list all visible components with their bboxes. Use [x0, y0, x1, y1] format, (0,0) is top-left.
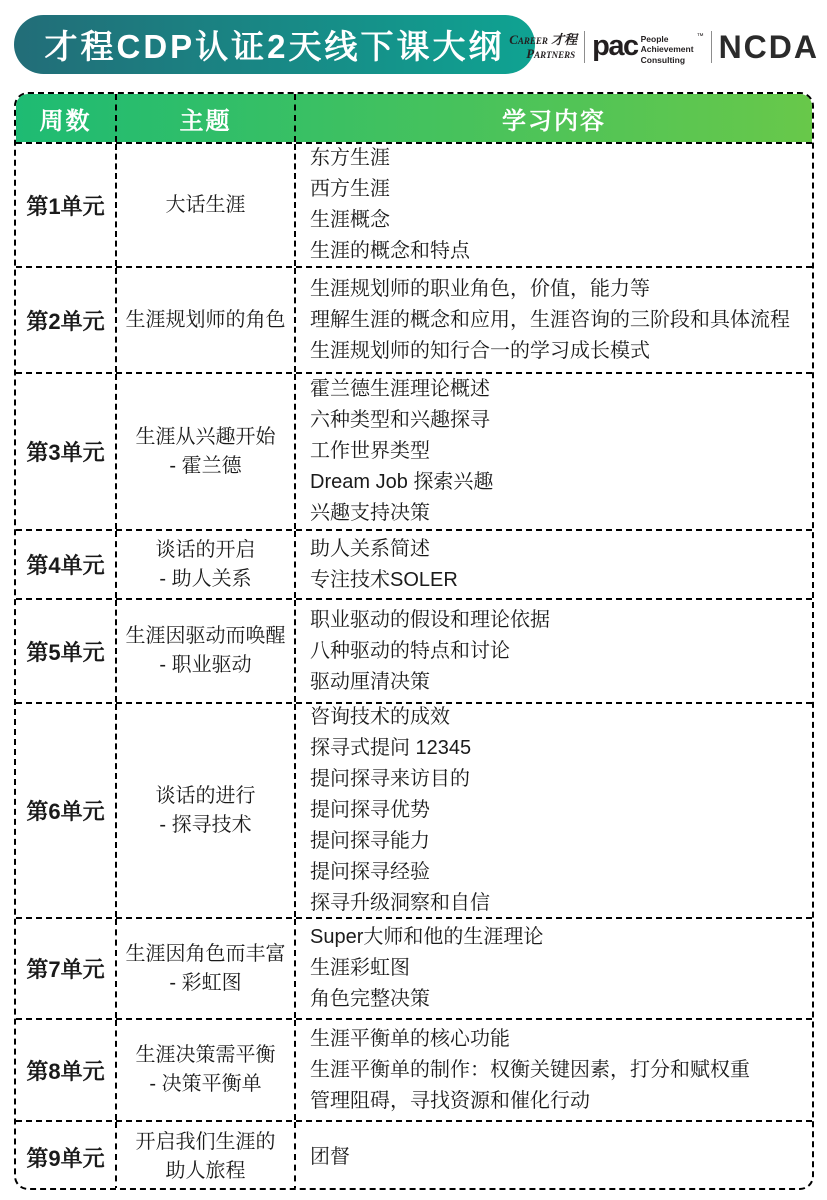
content-cell: 生涯规划师的职业角色，价值，能力等理解生涯的概念和应用，生涯咨询的三阶段和具体流… — [294, 268, 812, 372]
content-line: Dream Job 探索兴趣 — [310, 467, 806, 498]
content-line: 生涯规划师的知行合一的学习成长模式 — [310, 336, 806, 367]
topic-line: - 决策平衡单 — [149, 1070, 261, 1099]
content-line: 八种驱动的特点和讨论 — [310, 636, 806, 667]
course-table: 周数 主题 学习内容 第1单元大话生涯东方生涯西方生涯生涯概念生涯的概念和特点第… — [14, 92, 814, 1190]
topic-cell: 生涯因驱动而唤醒- 职业驱动 — [115, 600, 294, 702]
topic-line: - 助人关系 — [159, 565, 251, 594]
content-line: 提问探寻优势 — [310, 795, 806, 826]
content-line: Super大师和他的生涯理论 — [310, 922, 806, 953]
topic-line: 生涯决策需平衡 — [136, 1041, 276, 1070]
column-header-topic: 主题 — [115, 94, 294, 142]
career-partners-logo: Career 才程 Partners — [509, 33, 577, 62]
topic-cell: 谈话的进行- 探寻技术 — [115, 704, 294, 917]
content-cell: 团督 — [294, 1122, 812, 1190]
trademark-symbol: ™ — [697, 31, 704, 40]
content-line: 团督 — [310, 1142, 806, 1173]
content-line: 生涯概念 — [310, 205, 806, 236]
week-cell: 第5单元 — [16, 600, 115, 702]
topic-line: - 职业驱动 — [159, 651, 251, 680]
table-row: 第2单元生涯规划师的角色生涯规划师的职业角色，价值，能力等理解生涯的概念和应用，… — [16, 266, 812, 372]
content-cell: 东方生涯西方生涯生涯概念生涯的概念和特点 — [294, 144, 812, 266]
content-cell: 霍兰德生涯理论概述六种类型和兴趣探寻工作世界类型Dream Job 探索兴趣兴趣… — [294, 374, 812, 529]
week-cell: 第1单元 — [16, 144, 115, 266]
table-row: 第1单元大话生涯东方生涯西方生涯生涯概念生涯的概念和特点 — [16, 142, 812, 266]
content-cell: 生涯平衡单的核心功能生涯平衡单的制作：权衡关键因素，打分和赋权重管理阻碍，寻找资… — [294, 1020, 812, 1120]
topic-cell: 生涯从兴趣开始- 霍兰德 — [115, 374, 294, 529]
content-line: 六种类型和兴趣探寻 — [310, 405, 806, 436]
content-line: 生涯彩虹图 — [310, 953, 806, 984]
column-header-week: 周数 — [16, 94, 115, 142]
topic-line: 生涯因角色而丰富 — [126, 940, 286, 969]
table-row: 第4单元谈话的开启- 助人关系助人关系简述专注技术SOLER — [16, 529, 812, 598]
content-line: 专注技术SOLER — [310, 565, 806, 596]
pac-wordmark: pac — [592, 31, 637, 61]
content-line: 角色完整决策 — [310, 984, 806, 1015]
content-line: 生涯的概念和特点 — [310, 236, 806, 267]
week-cell: 第3单元 — [16, 374, 115, 529]
page-title-text: 才程CDP认证2天线下课大纲 — [44, 21, 504, 68]
week-cell: 第7单元 — [16, 919, 115, 1018]
logo-divider — [711, 31, 712, 63]
content-line: 提问探寻能力 — [310, 826, 806, 857]
content-line: 探寻式提问 12345 — [310, 733, 806, 764]
career-partners-line2: Partners — [509, 47, 577, 61]
topic-line: 谈话的进行 — [156, 782, 256, 811]
topic-line: 生涯规划师的角色 — [126, 306, 286, 335]
topic-cell: 开启我们生涯的助人旅程 — [115, 1122, 294, 1190]
content-line: 西方生涯 — [310, 174, 806, 205]
content-line: 兴趣支持决策 — [310, 498, 806, 529]
topic-cell: 生涯规划师的角色 — [115, 268, 294, 372]
content-line: 管理阻碍，寻找资源和催化行动 — [310, 1086, 806, 1117]
topic-cell: 谈话的开启- 助人关系 — [115, 531, 294, 598]
content-cell: 助人关系简述专注技术SOLER — [294, 531, 812, 598]
content-line: 工作世界类型 — [310, 436, 806, 467]
content-cell: 咨询技术的成效探寻式提问 12345提问探寻来访目的提问探寻优势提问探寻能力提问… — [294, 704, 812, 917]
content-line: 理解生涯的概念和应用，生涯咨询的三阶段和具体流程 — [310, 305, 806, 336]
column-header-content: 学习内容 — [294, 94, 812, 142]
topic-line: 生涯因驱动而唤醒 — [126, 622, 286, 651]
pac-tagline: People Achievement Consulting — [641, 31, 694, 65]
content-line: 提问探寻来访目的 — [310, 764, 806, 795]
table-row: 第6单元谈话的进行- 探寻技术咨询技术的成效探寻式提问 12345提问探寻来访目… — [16, 702, 812, 917]
topic-line: 谈话的开启 — [156, 536, 256, 565]
week-cell: 第6单元 — [16, 704, 115, 917]
topic-line: - 彩虹图 — [169, 969, 241, 998]
content-line: 助人关系简述 — [310, 534, 806, 565]
career-partners-line1: Career 才程 — [509, 33, 577, 47]
pac-logo: pac People Achievement Consulting ™ — [592, 29, 703, 65]
page-title: 才程CDP认证2天线下课大纲 — [14, 15, 535, 74]
topic-line: 助人旅程 — [166, 1157, 246, 1186]
week-cell: 第8单元 — [16, 1020, 115, 1120]
logo-group: Career 才程 Partners pac People Achievemen… — [509, 26, 819, 68]
content-line: 霍兰德生涯理论概述 — [310, 374, 806, 405]
content-line: 驱动厘清决策 — [310, 667, 806, 698]
content-cell: Super大师和他的生涯理论生涯彩虹图角色完整决策 — [294, 919, 812, 1018]
content-line: 生涯规划师的职业角色，价值，能力等 — [310, 274, 806, 305]
week-cell: 第4单元 — [16, 531, 115, 598]
content-line: 东方生涯 — [310, 143, 806, 174]
table-row: 第9单元开启我们生涯的助人旅程团督 — [16, 1120, 812, 1190]
content-line: 探寻升级洞察和自信 — [310, 888, 806, 919]
content-line: 职业驱动的假设和理论依据 — [310, 605, 806, 636]
table-row: 第7单元生涯因角色而丰富- 彩虹图Super大师和他的生涯理论生涯彩虹图角色完整… — [16, 917, 812, 1018]
table-header-row: 周数 主题 学习内容 — [16, 94, 812, 142]
content-line: 提问探寻经验 — [310, 857, 806, 888]
table-row: 第8单元生涯决策需平衡- 决策平衡单生涯平衡单的核心功能生涯平衡单的制作：权衡关… — [16, 1018, 812, 1120]
week-cell: 第9单元 — [16, 1122, 115, 1190]
logo-divider — [584, 31, 585, 63]
topic-line: - 霍兰德 — [169, 452, 241, 481]
topic-cell: 生涯决策需平衡- 决策平衡单 — [115, 1020, 294, 1120]
week-cell: 第2单元 — [16, 268, 115, 372]
topic-line: 大话生涯 — [166, 191, 246, 220]
content-line: 生涯平衡单的核心功能 — [310, 1024, 806, 1055]
topic-cell: 大话生涯 — [115, 144, 294, 266]
content-line: 生涯平衡单的制作：权衡关键因素，打分和赋权重 — [310, 1055, 806, 1086]
topic-line: 开启我们生涯的 — [136, 1128, 276, 1157]
table-row: 第3单元生涯从兴趣开始- 霍兰德霍兰德生涯理论概述六种类型和兴趣探寻工作世界类型… — [16, 372, 812, 529]
content-line: 咨询技术的成效 — [310, 702, 806, 733]
topic-cell: 生涯因角色而丰富- 彩虹图 — [115, 919, 294, 1018]
content-cell: 职业驱动的假设和理论依据八种驱动的特点和讨论驱动厘清决策 — [294, 600, 812, 702]
table-row: 第5单元生涯因驱动而唤醒- 职业驱动职业驱动的假设和理论依据八种驱动的特点和讨论… — [16, 598, 812, 702]
table-body: 第1单元大话生涯东方生涯西方生涯生涯概念生涯的概念和特点第2单元生涯规划师的角色… — [16, 142, 812, 1190]
ncda-logo: NCDA — [719, 31, 819, 63]
topic-line: 生涯从兴趣开始 — [136, 423, 276, 452]
page: 才程CDP认证2天线下课大纲 Career 才程 Partners pac Pe… — [0, 0, 827, 1200]
topic-line: - 探寻技术 — [159, 811, 251, 840]
